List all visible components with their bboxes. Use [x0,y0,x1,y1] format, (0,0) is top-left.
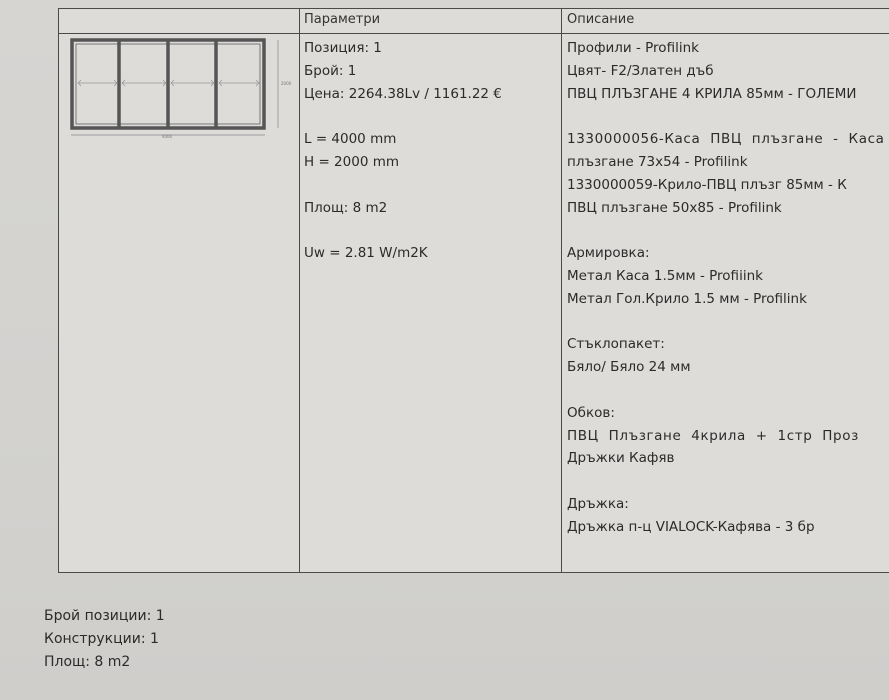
reinforcement-sash: Метал Гол.Крило 1.5 мм - Profilink [567,288,889,311]
column-divider [561,9,562,572]
frame-text-cont: плъзгане 73x54 - Profilink [567,151,889,174]
position-value: Позиция: 1 [304,37,559,60]
color-text: Цвят- F2/Златен дъб [567,60,889,83]
uw-value: Uw = 2.81 W/m2K [304,242,559,265]
summary-area: Площ: 8 m2 [44,651,165,674]
description-cell: Профили - Profilink Цвят- F2/Златен дъб … [567,37,889,539]
profiles-text: Профили - Profilink [567,37,889,60]
area-value: Площ: 8 m2 [304,197,559,220]
length-value: L = 4000 mm [304,128,559,151]
table-header-row [59,9,889,34]
summary-positions: Брой позиции: 1 [44,605,165,628]
column-divider [299,9,300,572]
hardware-title: Обков: [567,402,889,425]
reinforcement-title: Армировка: [567,242,889,265]
window-frame-icon: 4000 2000 [71,40,292,139]
handle-title: Дръжка: [567,493,889,516]
svg-text:4000: 4000 [162,134,173,139]
height-value: H = 2000 mm [304,151,559,174]
parameters-cell: Позиция: 1 Брой: 1 Цена: 2264.38Lv / 116… [304,37,559,265]
system-text: ПВЦ ПЛЪЗГАНЕ 4 КРИЛА 85мм - ГОЛЕМИ [567,83,889,106]
hardware-text-cont: Дръжки Кафяв [567,447,889,470]
quote-table: Параметри Описание 4000 2000 Позиция: 1 … [58,8,889,573]
header-parameters: Параметри [304,12,380,27]
summary-block: Брой позиции: 1 Конструкции: 1 Площ: 8 m… [44,605,165,674]
hardware-text: ПВЦ Плъзгане 4крила + 1стр Проз [567,425,889,448]
summary-constructions: Конструкции: 1 [44,628,165,651]
handle-text: Дръжка п-ц VIALOCK-Кафява - 3 бр [567,516,889,539]
count-value: Брой: 1 [304,60,559,83]
header-description: Описание [567,12,634,27]
price-value: Цена: 2264.38Lv / 1161.22 € [304,83,559,106]
reinforcement-frame: Метал Каса 1.5мм - Profiiink [567,265,889,288]
sash-text: 1330000059-Крило-ПВЦ плъзг 85мм - К [567,174,889,197]
window-drawing: 4000 2000 [67,35,297,145]
frame-text: 1330000056-Каса ПВЦ плъзгане - Каса [567,128,889,151]
sash-text-cont: ПВЦ плъзгане 50x85 - Profilink [567,197,889,220]
glass-text: Бяло/ Бяло 24 мм [567,356,889,379]
glass-title: Стъклопакет: [567,333,889,356]
svg-text:2000: 2000 [281,81,292,86]
